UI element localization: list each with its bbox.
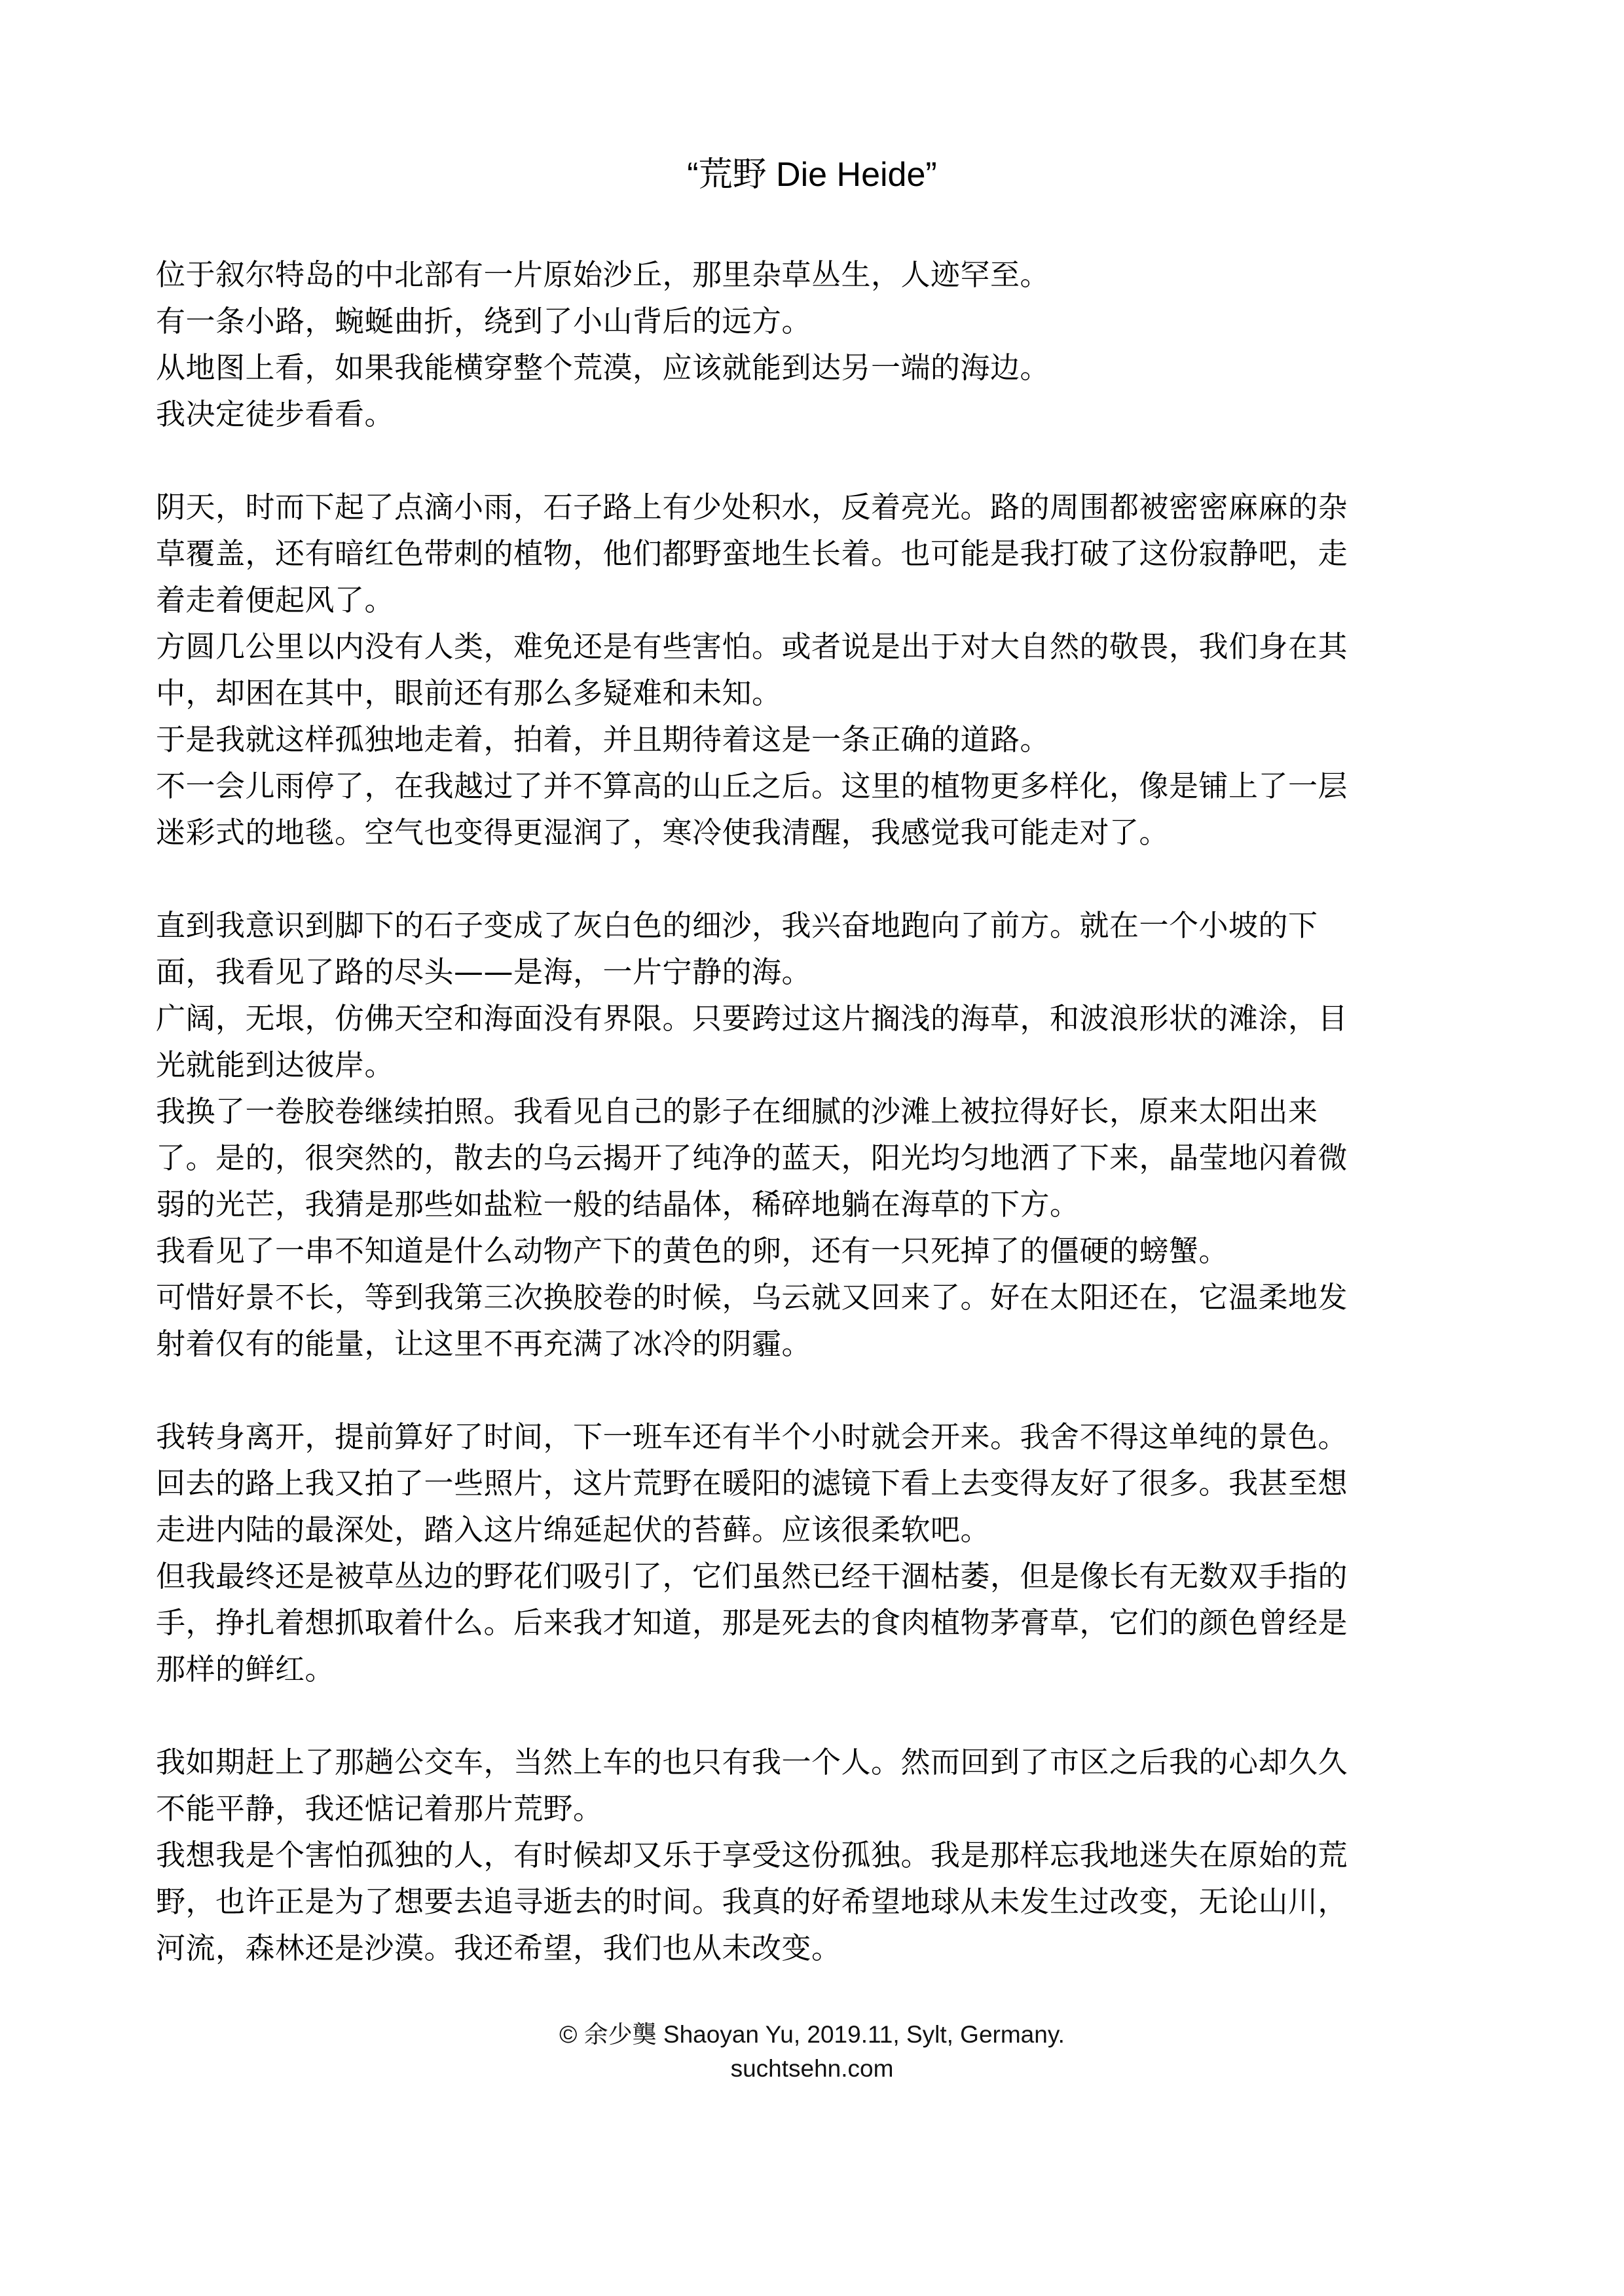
text-line: 草覆盖，还有暗红色带刺的植物，他们都野蛮地生长着。也可能是我打破了这份寂静吧，走 bbox=[156, 530, 1472, 577]
text-line: 从地图上看，如果我能横穿整个荒漠，应该就能到达另一端的海边。 bbox=[156, 344, 1472, 391]
text-line: 位于叙尔特岛的中北部有一片原始沙丘，那里杂草丛生，人迹罕至。 bbox=[156, 251, 1472, 298]
text-line: 野，也许正是为了想要去追寻逝去的时间。我真的好希望地球从未发生过改变，无论山川， bbox=[156, 1878, 1472, 1925]
text-line: 回去的路上我又拍了一些照片，这片荒野在暖阳的滤镜下看上去变得友好了很多。我甚至想 bbox=[156, 1460, 1472, 1506]
text-line: 手，挣扎着想抓取着什么。后来我才知道，那是死去的食肉植物茅膏草，它们的颜色曾经是 bbox=[156, 1599, 1472, 1646]
text-line: 弱的光芒，我猜是那些如盐粒一般的结晶体，稀碎地躺在海草的下方。 bbox=[156, 1181, 1472, 1228]
paragraph-1: 位于叙尔特岛的中北部有一片原始沙丘，那里杂草丛生，人迹罕至。 有一条小路，蜿蜒曲… bbox=[156, 251, 1472, 437]
text-line: 广阔，无垠，仿佛天空和海面没有界限。只要跨过这片搁浅的海草，和波浪形状的滩涂，目 bbox=[156, 995, 1472, 1042]
text-line: 直到我意识到脚下的石子变成了灰白色的细沙，我兴奋地跑向了前方。就在一个小坡的下 bbox=[156, 902, 1472, 949]
paragraph-2: 阴天，时而下起了点滴小雨，石子路上有少处积水，反着亮光。路的周围都被密密麻麻的杂… bbox=[156, 484, 1472, 856]
text-line: 走进内陆的最深处，踏入这片绵延起伏的苔藓。应该很柔软吧。 bbox=[156, 1506, 1472, 1553]
paragraph-5: 我如期赶上了那趟公交车，当然上车的也只有我一个人。然而回到了市区之后我的心却久久… bbox=[156, 1739, 1472, 1971]
copyright-notice: © 余少龑 Shaoyan Yu, 2019.11, Sylt, Germany… bbox=[0, 2018, 1624, 2052]
document-footer: © 余少龑 Shaoyan Yu, 2019.11, Sylt, Germany… bbox=[0, 2018, 1624, 2086]
text-line: 光就能到达彼岸。 bbox=[156, 1042, 1472, 1088]
document-title: “荒野 Die Heide” bbox=[0, 152, 1624, 198]
text-line: 我转身离开，提前算好了时间，下一班车还有半个小时就会开来。我舍不得这单纯的景色。 bbox=[156, 1413, 1472, 1460]
text-line: 我换了一卷胶卷继续拍照。我看见自己的影子在细腻的沙滩上被拉得好长，原来太阳出来 bbox=[156, 1088, 1472, 1135]
text-line: 有一条小路，蜿蜒曲折，绕到了小山背后的远方。 bbox=[156, 298, 1472, 344]
text-line: 于是我就这样孤独地走着，拍着，并且期待着这是一条正确的道路。 bbox=[156, 716, 1472, 763]
text-line: 了。是的，很突然的，散去的乌云揭开了纯净的蓝天，阳光均匀地洒了下来，晶莹地闪着微 bbox=[156, 1135, 1472, 1181]
document-body: 位于叙尔特岛的中北部有一片原始沙丘，那里杂草丛生，人迹罕至。 有一条小路，蜿蜒曲… bbox=[156, 251, 1472, 2018]
text-line: 射着仅有的能量，让这里不再充满了冰冷的阴霾。 bbox=[156, 1321, 1472, 1367]
text-line: 中，却困在其中，眼前还有那么多疑难和未知。 bbox=[156, 670, 1472, 716]
paragraph-3: 直到我意识到脚下的石子变成了灰白色的细沙，我兴奋地跑向了前方。就在一个小坡的下 … bbox=[156, 902, 1472, 1367]
paragraph-4: 我转身离开，提前算好了时间，下一班车还有半个小时就会开来。我舍不得这单纯的景色。… bbox=[156, 1413, 1472, 1692]
text-line: 那样的鲜红。 bbox=[156, 1646, 1472, 1692]
text-line: 迷彩式的地毯。空气也变得更湿润了，寒冷使我清醒，我感觉我可能走对了。 bbox=[156, 809, 1472, 856]
text-line: 阴天，时而下起了点滴小雨，石子路上有少处积水，反着亮光。路的周围都被密密麻麻的杂 bbox=[156, 484, 1472, 530]
text-line: 方圆几公里以内没有人类，难免还是有些害怕。或者说是出于对大自然的敬畏，我们身在其 bbox=[156, 623, 1472, 670]
text-line: 不能平静，我还惦记着那片荒野。 bbox=[156, 1785, 1472, 1832]
text-line: 河流，森林还是沙漠。我还希望，我们也从未改变。 bbox=[156, 1925, 1472, 1971]
text-line: 我看见了一串不知道是什么动物产下的黄色的卵，还有一只死掉了的僵硬的螃蟹。 bbox=[156, 1228, 1472, 1274]
text-line: 我决定徒步看看。 bbox=[156, 391, 1472, 437]
text-line: 面，我看见了路的尽头——是海，一片宁静的海。 bbox=[156, 949, 1472, 995]
text-line: 但我最终还是被草丛边的野花们吸引了，它们虽然已经干涸枯萎，但是像长有无数双手指的 bbox=[156, 1553, 1472, 1599]
text-line: 不一会儿雨停了，在我越过了并不算高的山丘之后。这里的植物更多样化，像是铺上了一层 bbox=[156, 763, 1472, 809]
website-text: suchtsehn.com bbox=[0, 2052, 1624, 2086]
text-line: 我想我是个害怕孤独的人，有时候却又乐于享受这份孤独。我是那样忘我地迷失在原始的荒 bbox=[156, 1832, 1472, 1878]
text-line: 可惜好景不长，等到我第三次换胶卷的时候，乌云就又回来了。好在太阳还在，它温柔地发 bbox=[156, 1274, 1472, 1321]
text-line: 我如期赶上了那趟公交车，当然上车的也只有我一个人。然而回到了市区之后我的心却久久 bbox=[156, 1739, 1472, 1785]
text-line: 着走着便起风了。 bbox=[156, 577, 1472, 623]
